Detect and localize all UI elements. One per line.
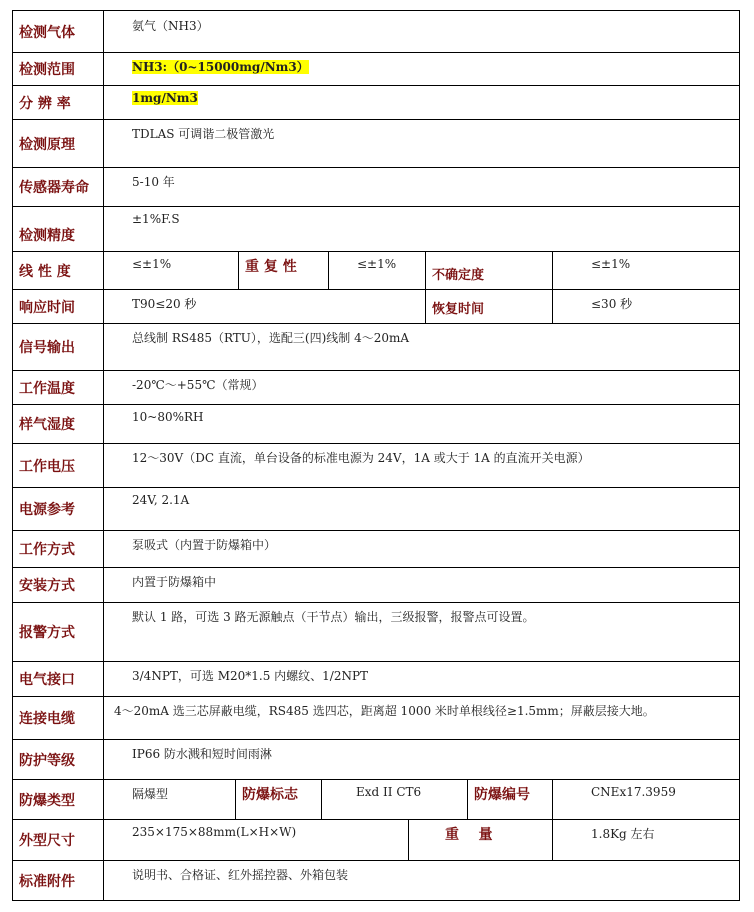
value-weight: 1.8Kg 左右 [552, 820, 739, 860]
label-repeatability: 重 复 性 [238, 252, 328, 289]
row-cable: 连接电缆 4～20mA 选三芯屏蔽电缆，RS485 选四芯，距离超 1000 米… [13, 696, 739, 739]
value-temperature: -20℃～+55℃（常规） [103, 371, 739, 404]
label-resolution: 分 辨 率 [13, 86, 103, 119]
label-gas: 检测气体 [13, 11, 103, 52]
label-explosion: 防爆类型 [13, 780, 103, 819]
value-linearity: ≤±1% [103, 252, 238, 289]
label-power: 电源参考 [13, 488, 103, 530]
row-lifetime: 传感器寿命 5-10 年 [13, 167, 739, 206]
value-ex-cert: CNEx17.3959 [552, 780, 739, 819]
row-accuracy: 检测精度 ±1%F.S [13, 206, 739, 251]
row-principle: 检测原理 TDLAS 可调谐二极管激光 [13, 119, 739, 167]
label-signal: 信号输出 [13, 324, 103, 370]
row-interface: 电气接口 3/4NPT，可选 M20*1.5 内螺纹、1/2NPT [13, 661, 739, 696]
label-alarm: 报警方式 [13, 603, 103, 661]
label-dimensions: 外型尺寸 [13, 820, 103, 860]
row-voltage: 工作电压 12～30V（DC 直流，单台设备的标准电源为 24V，1A 或大于 … [13, 443, 739, 487]
label-interface: 电气接口 [13, 662, 103, 696]
value-mode: 泵吸式（内置于防爆箱中） [103, 531, 739, 567]
row-gas: 检测气体 氨气（NH3） [13, 11, 739, 52]
label-humidity: 样气湿度 [13, 405, 103, 443]
row-accessories: 标准附件 说明书、合格证、红外摇控器、外箱包装 [13, 860, 739, 900]
row-humidity: 样气湿度 10~80%RH [13, 404, 739, 443]
label-response: 响应时间 [13, 290, 103, 323]
value-resolution-cell: 1mg/Nm3 [103, 86, 739, 119]
label-protection: 防护等级 [13, 740, 103, 779]
row-signal: 信号输出 总线制 RS485（RTU），选配三(四)线制 4～20mA [13, 323, 739, 370]
label-mode: 工作方式 [13, 531, 103, 567]
value-resolution: 1mg/Nm3 [132, 91, 198, 105]
value-cable: 4～20mA 选三芯屏蔽电缆，RS485 选四芯，距离超 1000 米时单根线径… [103, 697, 739, 739]
value-accuracy: ±1%F.S [103, 207, 739, 251]
label-principle: 检测原理 [13, 120, 103, 167]
row-response: 响应时间 T90≤20 秒 恢复时间 ≤30 秒 [13, 289, 739, 323]
label-recovery: 恢复时间 [425, 290, 552, 323]
value-dimensions: 235×175×88mm(L×H×W) [103, 820, 408, 860]
label-ex-mark: 防爆标志 [235, 780, 321, 819]
label-temperature: 工作温度 [13, 371, 103, 404]
row-range: 检测范围 NH3:（0~15000mg/Nm3） [13, 52, 739, 85]
value-principle: TDLAS 可调谐二极管激光 [103, 120, 739, 167]
value-accessories: 说明书、合格证、红外摇控器、外箱包装 [103, 861, 739, 900]
value-installation: 内置于防爆箱中 [103, 568, 739, 602]
row-linearity: 线 性 度 ≤±1% 重 复 性 ≤±1% 不确定度 ≤±1% [13, 251, 739, 289]
value-lifetime: 5-10 年 [103, 168, 739, 206]
row-protection: 防护等级 IP66 防水溅和短时间雨淋 [13, 739, 739, 779]
value-uncertainty: ≤±1% [552, 252, 739, 289]
label-range: 检测范围 [13, 53, 103, 85]
value-power: 24V, 2.1A [103, 488, 739, 530]
value-interface: 3/4NPT，可选 M20*1.5 内螺纹、1/2NPT [103, 662, 739, 696]
label-voltage: 工作电压 [13, 444, 103, 487]
label-cable: 连接电缆 [13, 697, 103, 739]
label-lifetime: 传感器寿命 [13, 168, 103, 206]
value-ex-mark: Exd II CT6 [321, 780, 467, 819]
row-temperature: 工作温度 -20℃～+55℃（常规） [13, 370, 739, 404]
row-explosion: 防爆类型 隔爆型 防爆标志 Exd II CT6 防爆编号 CNEx17.395… [13, 779, 739, 819]
label-installation: 安装方式 [13, 568, 103, 602]
row-mode: 工作方式 泵吸式（内置于防爆箱中） [13, 530, 739, 567]
value-alarm: 默认 1 路，可选 3 路无源触点（干节点）输出，三级报警，报警点可设置。 [103, 603, 739, 661]
value-protection: IP66 防水溅和短时间雨淋 [103, 740, 739, 779]
value-response: T90≤20 秒 [103, 290, 425, 323]
label-ex-cert: 防爆编号 [467, 780, 552, 819]
label-accessories: 标准附件 [13, 861, 103, 900]
value-gas: 氨气（NH3） [103, 11, 739, 52]
row-resolution: 分 辨 率 1mg/Nm3 [13, 85, 739, 119]
value-signal: 总线制 RS485（RTU），选配三(四)线制 4～20mA [103, 324, 739, 370]
label-weight: 重 量 [408, 820, 552, 860]
value-range-cell: NH3:（0~15000mg/Nm3） [103, 53, 739, 85]
value-humidity: 10~80%RH [103, 405, 739, 443]
row-alarm: 报警方式 默认 1 路，可选 3 路无源触点（干节点）输出，三级报警，报警点可设… [13, 602, 739, 661]
value-explosion: 隔爆型 [103, 780, 235, 819]
value-recovery: ≤30 秒 [552, 290, 739, 323]
value-range: NH3:（0~15000mg/Nm3） [132, 60, 309, 74]
value-voltage: 12～30V（DC 直流，单台设备的标准电源为 24V，1A 或大于 1A 的直… [103, 444, 739, 487]
label-uncertainty: 不确定度 [425, 252, 552, 289]
label-linearity: 线 性 度 [13, 252, 103, 289]
row-dimensions: 外型尺寸 235×175×88mm(L×H×W) 重 量 1.8Kg 左右 [13, 819, 739, 860]
row-installation: 安装方式 内置于防爆箱中 [13, 567, 739, 602]
label-accuracy: 检测精度 [13, 207, 103, 251]
spec-table: 检测气体 氨气（NH3） 检测范围 NH3:（0~15000mg/Nm3） 分 … [12, 10, 740, 901]
value-repeatability: ≤±1% [328, 252, 425, 289]
row-power: 电源参考 24V, 2.1A [13, 487, 739, 530]
